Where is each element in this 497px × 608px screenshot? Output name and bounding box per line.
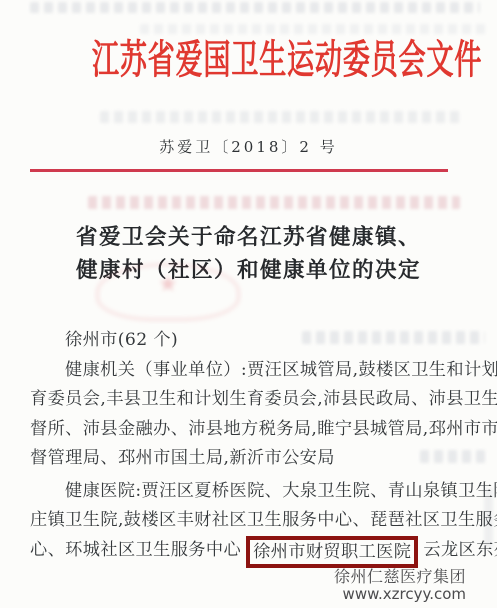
document-title-line2: 健康村（社区）和健康单位的决定 [0,254,497,287]
body-line: 督所、沛县金融办、沛县地方税务局,睢宁县城管局,邳州市市场监 [30,415,467,445]
document-title: 省爱卫会关于命名江苏省健康镇、 健康村（社区）和健康单位的决定 [0,221,497,287]
body-line: 督管理局、邳州市国土局,新沂市公安局 [30,444,467,474]
body-line: 健康机关（事业单位）:贾汪区城管局,鼓楼区卫生和计划生 [30,356,467,386]
official-document-page: 江苏省爱国卫生运动委员会文件 苏爱卫〔2018〕2 号 省爱卫会关于命名江苏省健… [0,0,497,608]
letterhead-title: 江苏省爱国卫生运动委员会文件 [0,34,497,86]
document-number: 苏爱卫〔2018〕2 号 [0,136,497,157]
city-count-line: 徐州市(62 个) [30,326,467,356]
health-agencies-paragraph: 健康机关（事业单位）:贾汪区城管局,鼓楼区卫生和计划生 育委员会,丰县卫生和计划… [30,356,467,474]
document-body: 徐州市(62 个) 健康机关（事业单位）:贾汪区城管局,鼓楼区卫生和计划生 育委… [30,326,467,565]
bleed-through-text [100,111,460,123]
health-hospitals-paragraph: 健康医院:贾汪区夏桥医院、大泉卫生院、青山泉镇卫生院、江 庄镇卫生院,鼓楼区丰财… [30,477,467,566]
document-title-line1: 省爱卫会关于命名江苏省健康镇、 [0,221,497,254]
body-line: 庄镇卫生院,鼓楼区丰财社区卫生服务中心、琵琶社区卫生服务中 [30,506,467,536]
body-line: 健康医院:贾汪区夏桥医院、大泉卫生院、青山泉镇卫生院、江 [30,477,467,507]
bleed-through-text [88,196,460,209]
body-line-with-highlight: 心、环城社区卫生服务中心徐州市财贸职工医院云龙区东苑社 [30,536,467,566]
body-line-before-highlight: 心、环城社区卫生服务中心 [30,540,241,560]
body-line: 育委员会,丰县卫生和计划生育委员会,沛县民政局、沛县卫生监 [30,385,467,415]
watermark-url: www.xzrcyy.com [334,586,466,603]
letterhead-title-text: 江苏省爱国卫生运动委员会文件 [92,34,482,86]
body-line-after-highlight: 云龙区东苑社 [423,540,497,560]
bleed-through-text [140,24,488,34]
bleed-through-text [30,2,480,13]
red-divider-rule [30,169,448,172]
highlighted-hospital-name: 徐州市财贸职工医院 [246,536,418,568]
watermark: 徐州仁慈医疗集团 www.xzrcyy.com [334,568,466,603]
watermark-org-name: 徐州仁慈医疗集团 [334,568,466,586]
